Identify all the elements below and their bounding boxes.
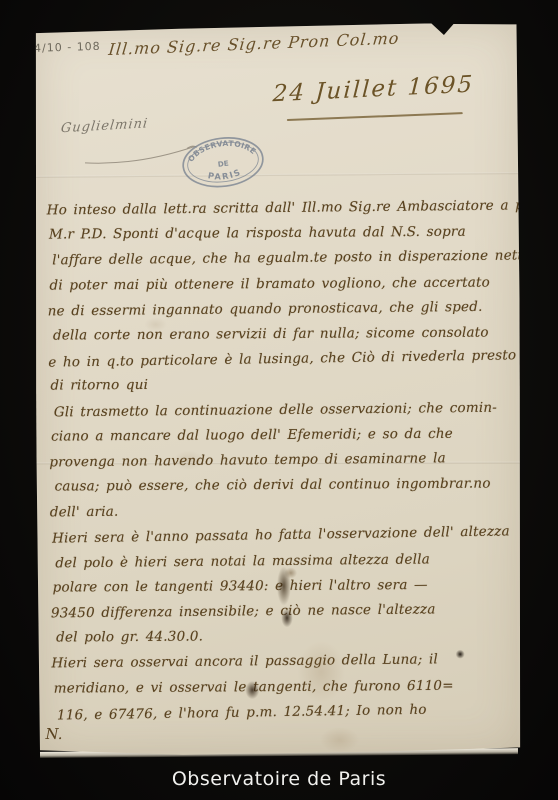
photo-frame: B4/10 - 108 Ill.mo Sig.re Sig.re Pron Co… — [0, 0, 558, 800]
manuscript-line: ne di essermi ingannato quando pronostic… — [48, 294, 512, 324]
catchword: N. — [45, 725, 62, 743]
letter-body: Ho inteso dalla lett.ra scritta dall' Il… — [47, 194, 517, 728]
manuscript-line: l'affare delle acque, che ha egualm.te p… — [52, 244, 511, 274]
svg-text:PARIS: PARIS — [206, 166, 243, 183]
manuscript-line: del polo è hieri sera notai la massima a… — [55, 546, 514, 576]
manuscript-line: ciano a mancare dal luogo dell' Efemerid… — [51, 421, 513, 449]
stamp-text-middle: DE — [217, 159, 229, 169]
pencil-author-annotation: Guglielmini — [60, 116, 149, 136]
date-underline — [287, 112, 463, 121]
manuscript-line: di poter mai più ottenere il bramato vog… — [49, 270, 511, 298]
manuscript-page: B4/10 - 108 Ill.mo Sig.re Sig.re Pron Co… — [34, 23, 521, 756]
manuscript-line: Hieri sera osservai ancora il passaggio … — [51, 647, 515, 677]
manuscript-line: di ritorno qui — [50, 371, 512, 399]
caption-text: Observatoire de Paris — [0, 768, 558, 790]
paper-crease — [35, 172, 519, 178]
archival-shelfmark: B4/10 - 108 — [25, 40, 101, 55]
manuscript-line: Gli trasmetto la continuazione delle oss… — [54, 395, 513, 425]
stamp-text-bottom: PARIS — [206, 166, 243, 183]
manuscript-line: polare con le tangenti 93440: e hieri l'… — [53, 572, 515, 600]
letter-salutation: Ill.mo Sig.re Sig.re Pron Col.mo — [108, 28, 410, 59]
manuscript-line: M.r P.D. Sponti d'acque la risposta havu… — [49, 220, 511, 248]
manuscript-line: del polo gr. 44.30.0. — [56, 623, 515, 651]
manuscript-line: causa; può essere, che ciò derivi dal co… — [54, 471, 513, 499]
letter-date: 24 Juillet 1695 — [272, 70, 513, 108]
observatory-stamp-icon: OBSERVATOIRE DE PARIS — [178, 131, 268, 193]
